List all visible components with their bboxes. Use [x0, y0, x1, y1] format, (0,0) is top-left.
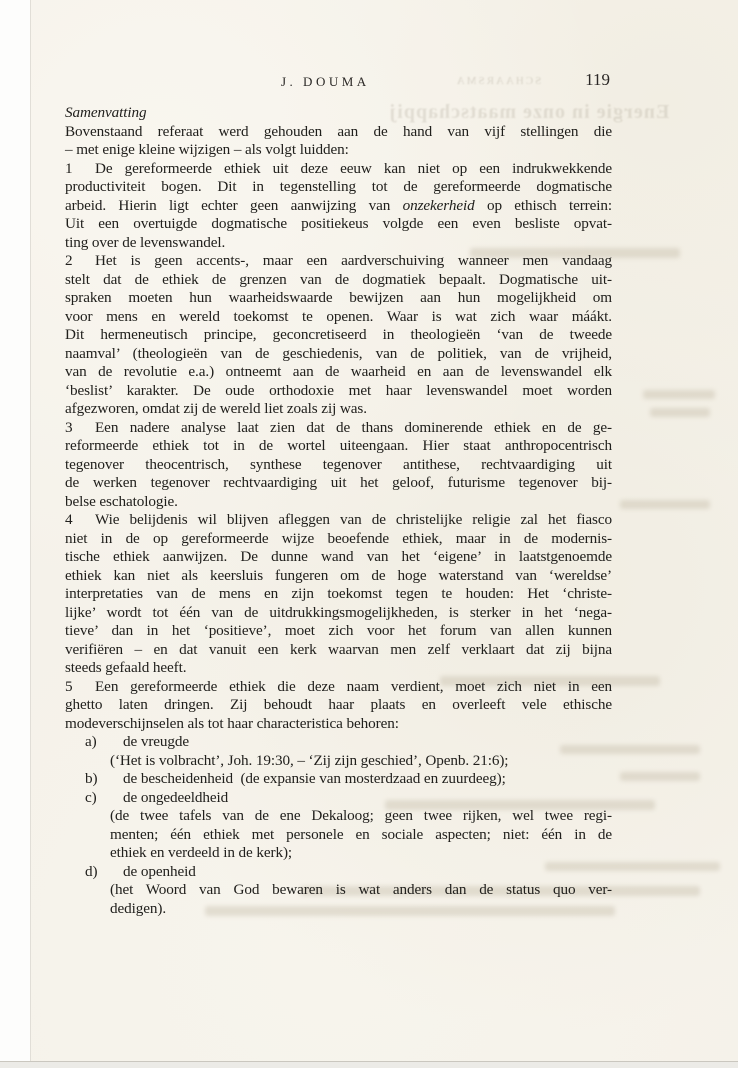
- text-line: lijke’ wordt tot één van de uitdrukkings…: [65, 604, 612, 623]
- bleedthrough-smudge: [620, 772, 700, 781]
- text-line: modeverschijnselen als tot haar characte…: [65, 715, 612, 734]
- text-line: ghetto laten dringen. Zij behoudt haar p…: [65, 696, 612, 715]
- text-line: menten; één ethiek met personele en soci…: [65, 826, 612, 845]
- page-edge-left: [0, 0, 31, 1068]
- text-line: a)de vreugde: [65, 733, 612, 752]
- text-line: – met enige kleine wijzigen – als volgt …: [65, 141, 612, 160]
- text-segment: De gereformeerde ethiek uit deze eeuw ka…: [95, 160, 612, 177]
- text-line: spraken moeten hun waarheidswaarde bewij…: [65, 289, 612, 308]
- text-segment: productiviteit bogen. Dit in tegenstelli…: [65, 178, 612, 195]
- text-line: 4Wie belijdenis wil blijven afleggen van…: [65, 511, 612, 530]
- list-marker: 3: [65, 419, 73, 438]
- page-number: 119: [585, 70, 610, 90]
- text-segment: ‘beslist’ karakter. De oude orthodoxie m…: [65, 382, 612, 399]
- list-marker: 5: [65, 678, 73, 697]
- list-marker: 1: [65, 160, 73, 179]
- text-segment: ghetto laten dringen. Zij behoudt haar p…: [65, 696, 612, 713]
- text-line: niet in de op gereformeerde wijze beoefe…: [65, 530, 612, 549]
- bleedthrough-smudge: [643, 390, 715, 399]
- text-line: naamval’ (theologieën van de geschiedeni…: [65, 345, 612, 364]
- text-line: van de revolutie e.a.) ontneemt aan de w…: [65, 363, 612, 382]
- text-segment: de bescheidenheid (de expansie van moste…: [123, 770, 506, 787]
- text-segment: van de revolutie e.a.) ontneemt aan de w…: [65, 363, 612, 380]
- text-line: productiviteit bogen. Dit in tegenstelli…: [65, 178, 612, 197]
- bleedthrough-smudge: [620, 500, 710, 509]
- text-segment: Wie belijdenis wil blijven afleggen van …: [95, 511, 612, 528]
- text-segment: Een nadere analyse laat zien dat de than…: [95, 419, 612, 436]
- scanned-page: Energie in onze maatschappij SCHAARSMA J…: [0, 0, 738, 1068]
- text-segment: interpretaties van de mens en zijn toeko…: [65, 585, 612, 602]
- text-segment: ethiek en verdeeld in de kerk);: [110, 844, 292, 861]
- text-segment: lijke’ wordt tot één van de uitdrukkings…: [65, 604, 612, 621]
- section-heading: Samenvatting: [65, 104, 612, 123]
- text-line: verifiëren – en dat vanuit een kerk waar…: [65, 641, 612, 660]
- text-line: arbeid. Hierin ligt echter geen aanwijzi…: [65, 197, 612, 216]
- text-line: ethiek kan niet als keersluis fungeren o…: [65, 567, 612, 586]
- list-marker: c): [85, 789, 97, 808]
- text-line: stelt dat de ethiek de grenzen van de do…: [65, 271, 612, 290]
- author-name: J. DOUMA: [281, 74, 370, 90]
- text-line: 3Een nadere analyse laat zien dat de tha…: [65, 419, 612, 438]
- text-segment: reformeerde ethiek tot in de wortel uite…: [65, 437, 612, 454]
- text-segment: de ongedeeldheid: [123, 789, 228, 806]
- text-line: b)de bescheidenheid (de expansie van mos…: [65, 770, 612, 789]
- text-segment: tegenover theocentrisch, synthese tegeno…: [65, 456, 612, 473]
- text-segment: modeverschijnselen als tot haar characte…: [65, 715, 399, 732]
- text-segment: belse eschatologie.: [65, 493, 178, 510]
- text-segment: (‘Het is volbracht’, Joh. 19:30, – ‘Zij …: [110, 752, 508, 769]
- text-segment: spraken moeten hun waarheidswaarde bewij…: [65, 289, 612, 306]
- text-segment: naamval’ (theologieën van de geschiedeni…: [65, 345, 612, 362]
- text-segment: tische ethiek aanwijzen. De dunne wand v…: [65, 548, 612, 565]
- text-segment: – met enige kleine wijzigen – als volgt …: [65, 141, 349, 158]
- text-block: SamenvattingBovenstaand referaat werd ge…: [65, 104, 612, 918]
- text-segment: op ethisch terrein:: [475, 197, 612, 214]
- text-line: 5Een gereformeerde ethiek die deze naam …: [65, 678, 612, 697]
- text-segment: stelt dat de ethiek de grenzen van de do…: [65, 271, 612, 288]
- text-line: interpretaties van de mens en zijn toeko…: [65, 585, 612, 604]
- text-line: reformeerde ethiek tot in de wortel uite…: [65, 437, 612, 456]
- page-edge-bottom: [0, 1061, 738, 1068]
- text-segment: voor mens en wereld toekomst te openen. …: [65, 308, 612, 325]
- text-segment: menten; één ethiek met personele en soci…: [110, 826, 612, 843]
- text-line: voor mens en wereld toekomst te openen. …: [65, 308, 612, 327]
- list-marker: 4: [65, 511, 73, 530]
- text-line: ting over de levenswandel.: [65, 234, 612, 253]
- text-segment: (de twee tafels van de ene Dekaloog; gee…: [110, 807, 612, 824]
- list-marker: a): [85, 733, 97, 752]
- text-segment: Dit hermeneutisch principe, geconcretise…: [65, 326, 612, 343]
- text-line: Uit een overtuigde dogmatische positieke…: [65, 215, 612, 234]
- list-marker: 2: [65, 252, 73, 271]
- text-segment: verifiëren – en dat vanuit een kerk waar…: [65, 641, 612, 658]
- text-line: Bovenstaand referaat werd gehouden aan d…: [65, 123, 612, 142]
- text-line: dedigen).: [65, 900, 612, 919]
- text-line: tegenover theocentrisch, synthese tegeno…: [65, 456, 612, 475]
- text-segment: (het Woord van God bewaren is wat anders…: [110, 881, 612, 898]
- text-line: (‘Het is volbracht’, Joh. 19:30, – ‘Zij …: [65, 752, 612, 771]
- text-line: Dit hermeneutisch principe, geconcretise…: [65, 326, 612, 345]
- text-segment: de openheid: [123, 863, 196, 880]
- text-line: 1De gereformeerde ethiek uit deze eeuw k…: [65, 160, 612, 179]
- text-segment: steeds gefaald heeft.: [65, 659, 186, 676]
- text-line: tieve’ dan in het ‘positieve’, moet zich…: [65, 622, 612, 641]
- emphasized-text: onzekerheid: [403, 197, 475, 214]
- text-line: ethiek en verdeeld in de kerk);: [65, 844, 612, 863]
- emphasized-text: Samenvatting: [65, 104, 146, 121]
- bleedthrough-author-ghost: SCHAARSMA: [448, 75, 548, 87]
- text-line: c)de ongedeeldheid: [65, 789, 612, 808]
- text-segment: de werken tegenover rechtvaardiging uit …: [65, 474, 612, 491]
- text-segment: arbeid. Hierin ligt echter geen aanwijzi…: [65, 197, 403, 214]
- text-segment: ethiek kan niet als keersluis fungeren o…: [65, 567, 612, 584]
- text-segment: niet in de op gereformeerde wijze beoefe…: [65, 530, 612, 547]
- text-line: d)de openheid: [65, 863, 612, 882]
- text-line: 2Het is geen accents-, maar een aardvers…: [65, 252, 612, 271]
- text-line: ‘beslist’ karakter. De oude orthodoxie m…: [65, 382, 612, 401]
- text-line: de werken tegenover rechtvaardiging uit …: [65, 474, 612, 493]
- text-segment: dedigen).: [110, 900, 166, 917]
- text-line: belse eschatologie.: [65, 493, 612, 512]
- text-segment: afgezworen, omdat zij de wereld liet zoa…: [65, 400, 367, 417]
- text-line: (het Woord van God bewaren is wat anders…: [65, 881, 612, 900]
- text-segment: tieve’ dan in het ‘positieve’, moet zich…: [65, 622, 612, 639]
- text-segment: Het is geen accents-, maar een aardversc…: [95, 252, 612, 269]
- text-segment: Bovenstaand referaat werd gehouden aan d…: [65, 123, 612, 140]
- list-marker: d): [85, 863, 97, 882]
- list-marker: b): [85, 770, 97, 789]
- bleedthrough-smudge: [650, 408, 710, 417]
- text-line: (de twee tafels van de ene Dekaloog; gee…: [65, 807, 612, 826]
- text-segment: de vreugde: [123, 733, 189, 750]
- text-line: tische ethiek aanwijzen. De dunne wand v…: [65, 548, 612, 567]
- text-segment: ting over de levenswandel.: [65, 234, 225, 251]
- text-segment: Een gereformeerde ethiek die deze naam v…: [95, 678, 612, 695]
- text-line: steeds gefaald heeft.: [65, 659, 612, 678]
- text-line: afgezworen, omdat zij de wereld liet zoa…: [65, 400, 612, 419]
- text-segment: Uit een overtuigde dogmatische positieke…: [65, 215, 612, 232]
